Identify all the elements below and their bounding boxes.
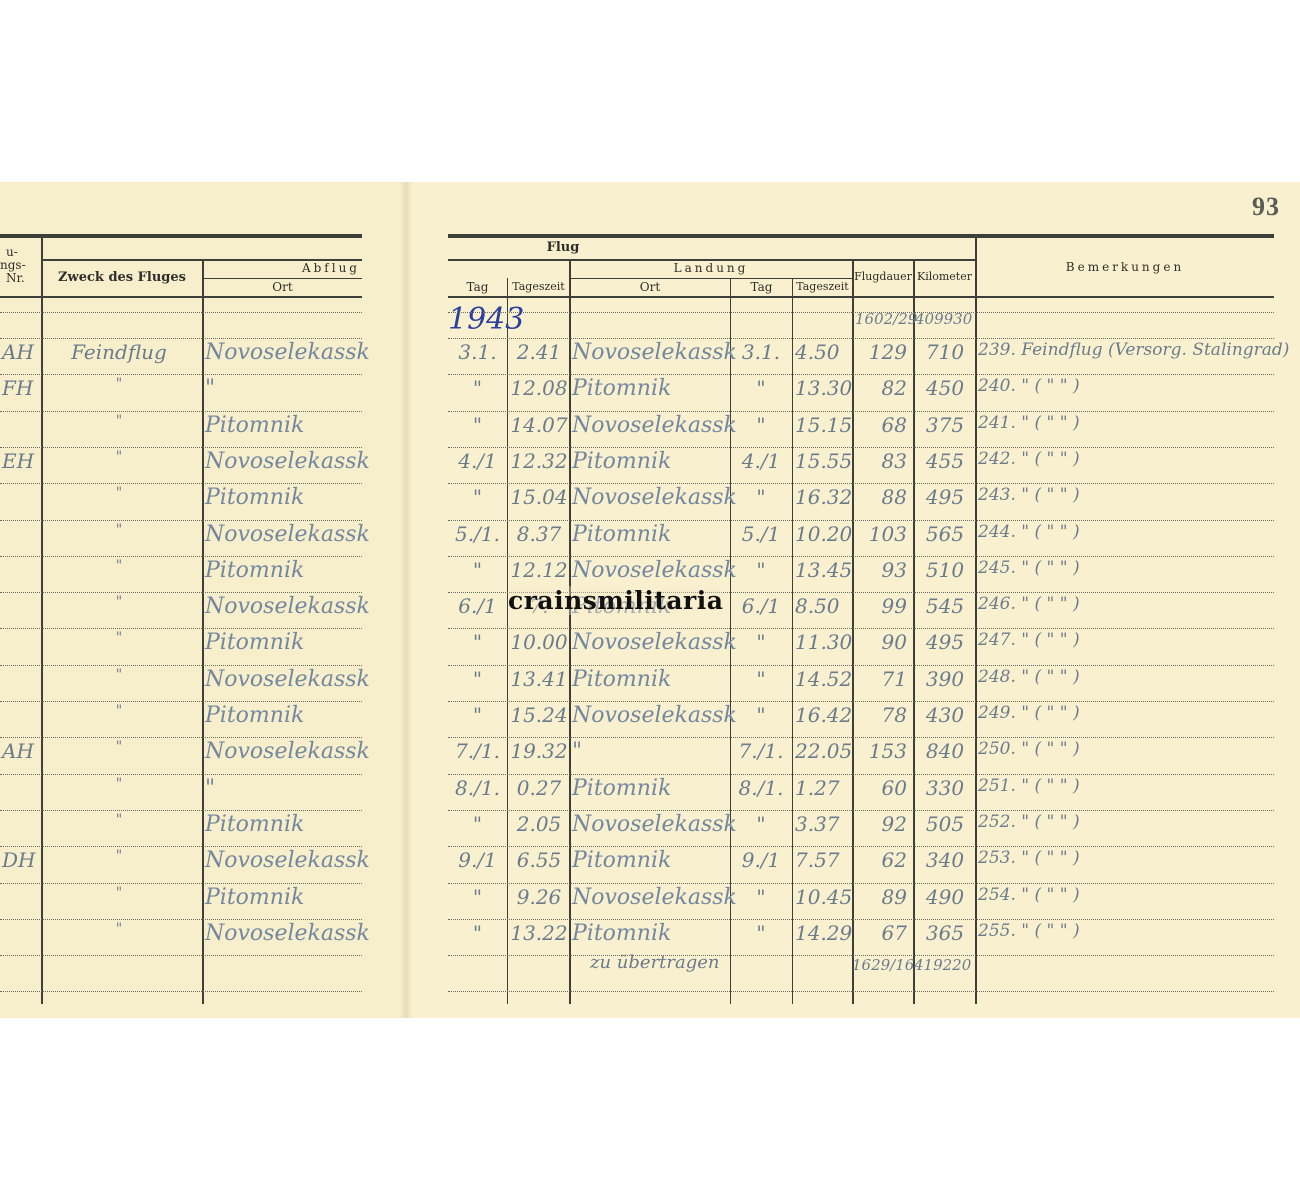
kilometer-header: Kilometer (914, 270, 975, 283)
abflug-ort-header: Ort (203, 280, 362, 294)
km-cell: 510 (916, 558, 974, 582)
dauer-cell: 92 (855, 812, 907, 836)
row-divider (0, 338, 362, 339)
bemerkung-cell: 243. " ( " " ) (978, 485, 1274, 505)
zweck-cell: " (44, 667, 194, 683)
totals-label: zu übertragen (590, 952, 720, 973)
row-divider (0, 483, 362, 484)
landung-tageszeit-header: Tageszeit (793, 280, 852, 293)
tag-cell: 8./1. (450, 776, 505, 800)
row-divider (448, 338, 1274, 339)
tag-cell: " (450, 376, 505, 400)
landung-ort-cell: Pitomnik (572, 522, 730, 547)
row-divider (0, 411, 362, 412)
abflug-ort-cell: Pitomnik (205, 413, 375, 438)
landung-ort-cell: Pitomnik (572, 449, 730, 474)
tag-cell: 5./1. (450, 522, 505, 546)
nr-cell: FH (2, 376, 40, 400)
bemerkung-cell: 253. " ( " " ) (978, 848, 1274, 868)
row-divider (0, 737, 362, 738)
landung-tag-cell: " (732, 413, 790, 437)
landung-tag-cell: 9./1 (732, 848, 790, 872)
landung-ort-cell: Novoselekassk (572, 812, 730, 837)
landung-tag-header: Tag (731, 280, 792, 294)
landung-tag-cell: 8./1. (732, 776, 790, 800)
row-divider (448, 520, 1274, 521)
row-divider (0, 991, 362, 992)
landung-ort-cell: Novoselekassk (572, 413, 730, 438)
landung-ort-cell: Novoselekassk (572, 340, 730, 365)
flug-header: Flug (448, 240, 678, 255)
landung-tag-cell: 7./1. (732, 739, 790, 763)
bemerkung-cell: 245. " ( " " ) (978, 558, 1274, 578)
landung-header: Landung (570, 261, 852, 275)
zweck-cell: " (44, 413, 194, 429)
landung-zeit-cell: 13.30 (795, 376, 851, 400)
zweck-header: Zweck des Fluges (42, 270, 202, 285)
row-divider (448, 701, 1274, 702)
landung-zeit-cell: 16.42 (795, 703, 851, 727)
col-divider (569, 259, 571, 1004)
dauer-cell: 68 (855, 413, 907, 437)
col-divider (41, 234, 43, 1004)
nr-header-line: Nr. (0, 272, 40, 285)
zweck-cell: " (44, 776, 194, 792)
abflug-ort-cell: " (205, 376, 375, 401)
dauer-cell: 78 (855, 703, 907, 727)
bemerkung-cell: 242. " ( " " ) (978, 449, 1274, 469)
landung-ort-cell: Pitomnik (572, 921, 730, 946)
km-cell: 330 (916, 776, 974, 800)
tag-cell: " (450, 485, 505, 509)
zweck-cell: Feindflug (44, 340, 194, 364)
landung-tag-cell: 5./1 (732, 522, 790, 546)
landung-zeit-cell: 22.05 (795, 739, 851, 763)
row-divider (448, 846, 1274, 847)
rule-left (203, 278, 362, 279)
abflug-ort-cell: Novoselekassk (205, 848, 375, 873)
totals-flugdauer: 1629/16 (852, 956, 914, 974)
landung-zeit-cell: 15.55 (795, 449, 851, 473)
bemerkung-cell: 254. " ( " " ) (978, 885, 1274, 905)
row-divider (0, 774, 362, 775)
zeit-cell: 13.41 (510, 667, 568, 691)
tag-cell: " (450, 558, 505, 582)
landung-tag-cell: " (732, 885, 790, 909)
landung-tag-cell: " (732, 376, 790, 400)
carry-flugdauer: 1602/29 (855, 310, 917, 328)
abflug-ort-cell: Pitomnik (205, 558, 375, 583)
landung-zeit-cell: 15.15 (795, 413, 851, 437)
landung-ort-header: Ort (570, 280, 730, 294)
bemerkung-cell: 251. " ( " " ) (978, 776, 1274, 796)
zweck-cell: " (44, 558, 194, 574)
landung-tag-cell: " (732, 558, 790, 582)
km-cell: 505 (916, 812, 974, 836)
row-divider (448, 483, 1274, 484)
row-divider (0, 374, 362, 375)
bemerkung-cell: 246. " ( " " ) (978, 594, 1274, 614)
rule-right (570, 278, 852, 279)
nr-cell: EH (2, 449, 40, 473)
tag-cell: " (450, 703, 505, 727)
landung-tag-cell: " (732, 921, 790, 945)
row-divider (448, 919, 1274, 920)
landung-tag-cell: " (732, 667, 790, 691)
row-divider (0, 883, 362, 884)
landung-tag-cell: 6./1 (732, 594, 790, 618)
abflug-header: Abflug (203, 261, 360, 275)
km-cell: 495 (916, 485, 974, 509)
tag-cell: 7./1. (450, 739, 505, 763)
year-entry: 1943 (448, 302, 524, 337)
km-cell: 365 (916, 921, 974, 945)
row-divider (0, 312, 362, 313)
col-divider (507, 278, 508, 1004)
row-divider (448, 374, 1274, 375)
zweck-cell: " (44, 522, 194, 538)
row-divider (0, 628, 362, 629)
zeit-cell: 12.32 (510, 449, 568, 473)
km-cell: 375 (916, 413, 974, 437)
row-divider (448, 774, 1274, 775)
km-cell: 430 (916, 703, 974, 727)
bemerkung-cell: 255. " ( " " ) (978, 921, 1274, 941)
zweck-cell: " (44, 739, 194, 755)
tag-cell: 4./1 (450, 449, 505, 473)
row-divider (0, 919, 362, 920)
dauer-cell: 82 (855, 376, 907, 400)
row-divider (448, 991, 1274, 992)
bemerkungen-header: Bemerkungen (976, 260, 1274, 274)
km-cell: 455 (916, 449, 974, 473)
zeit-cell: 12.12 (510, 558, 568, 582)
km-cell: 840 (916, 739, 974, 763)
row-divider (0, 810, 362, 811)
landung-zeit-cell: 8.50 (795, 594, 851, 618)
nr-header: u- ngs- Nr. (0, 246, 40, 285)
km-cell: 450 (916, 376, 974, 400)
landung-ort-cell: Pitomnik (572, 667, 730, 692)
abflug-ort-cell: " (205, 776, 375, 801)
bemerkung-cell: 240. " ( " " ) (978, 376, 1274, 396)
abflug-ort-cell: Novoselekassk (205, 739, 375, 764)
abflug-ort-cell: Pitomnik (205, 885, 375, 910)
dauer-cell: 71 (855, 667, 907, 691)
dauer-cell: 67 (855, 921, 907, 945)
landung-tag-cell: 4./1 (732, 449, 790, 473)
book-gutter (400, 182, 412, 1018)
bemerkung-cell: 249. " ( " " ) (978, 703, 1274, 723)
dauer-cell: 62 (855, 848, 907, 872)
tag-cell: " (450, 921, 505, 945)
zeit-cell: 2.05 (510, 812, 568, 836)
tag-cell: " (450, 812, 505, 836)
zeit-cell: 15.24 (510, 703, 568, 727)
row-divider (448, 411, 1274, 412)
km-cell: 390 (916, 667, 974, 691)
dauer-cell: 103 (855, 522, 907, 546)
row-divider (448, 810, 1274, 811)
bemerkung-cell: 247. " ( " " ) (978, 630, 1274, 650)
bemerkung-cell: 239. Feindflug (Versorg. Stalingrad) (978, 340, 1274, 360)
tag-cell: 3.1. (450, 340, 505, 364)
zweck-cell: " (44, 885, 194, 901)
abflug-ort-cell: Pitomnik (205, 703, 375, 728)
landung-ort-cell: Pitomnik (572, 776, 730, 801)
landung-zeit-cell: 3.37 (795, 812, 851, 836)
zeit-cell: 19.32 (510, 739, 568, 763)
abflug-ort-cell: Novoselekassk (205, 667, 375, 692)
bemerkung-cell: 241. " ( " " ) (978, 413, 1274, 433)
tag-cell: " (450, 413, 505, 437)
tag-cell: " (450, 667, 505, 691)
zeit-cell: 13.22 (510, 921, 568, 945)
row-divider (448, 312, 1274, 313)
row-divider (0, 846, 362, 847)
carry-kilometer: 409930 (915, 310, 972, 328)
km-cell: 495 (916, 630, 974, 654)
row-divider (0, 447, 362, 448)
zeit-cell: 2.41 (510, 340, 568, 364)
zweck-cell: " (44, 921, 194, 937)
abflug-ort-cell: Novoselekassk (205, 921, 375, 946)
row-divider (448, 737, 1274, 738)
zeit-cell: 9.26 (510, 885, 568, 909)
landung-zeit-cell: 10.45 (795, 885, 851, 909)
row-divider (448, 447, 1274, 448)
abflug-ort-cell: Pitomnik (205, 812, 375, 837)
row-divider (0, 955, 362, 956)
abflug-ort-cell: Pitomnik (205, 485, 375, 510)
row-divider (448, 556, 1274, 557)
zeit-cell: 8.37 (510, 522, 568, 546)
landung-ort-cell: Pitomnik (572, 376, 730, 401)
bemerkung-cell: 252. " ( " " ) (978, 812, 1274, 832)
dauer-cell: 93 (855, 558, 907, 582)
km-cell: 565 (916, 522, 974, 546)
col-divider (852, 259, 854, 1004)
zweck-cell: " (44, 376, 194, 392)
top-rule-right (448, 234, 1274, 238)
flugdauer-header: Flugdauer (853, 270, 913, 283)
dauer-cell: 88 (855, 485, 907, 509)
zweck-cell: " (44, 812, 194, 828)
abflug-tageszeit-header: Tageszeit (508, 280, 569, 293)
page-number: 93 (1252, 192, 1280, 222)
landung-zeit-cell: 10.20 (795, 522, 851, 546)
landung-zeit-cell: 11.30 (795, 630, 851, 654)
col-divider (913, 259, 915, 1004)
landung-tag-cell: " (732, 630, 790, 654)
header-bottom-right (448, 296, 1274, 298)
top-rule-left (0, 234, 362, 238)
bemerkung-cell: 248. " ( " " ) (978, 667, 1274, 687)
nr-cell: AH (2, 739, 40, 763)
zeit-cell: 10.00 (510, 630, 568, 654)
dauer-cell: 90 (855, 630, 907, 654)
nr-cell: AH (2, 340, 40, 364)
landung-tag-cell: " (732, 812, 790, 836)
abflug-ort-cell: Novoselekassk (205, 449, 375, 474)
landung-zeit-cell: 14.52 (795, 667, 851, 691)
row-divider (0, 701, 362, 702)
abflug-ort-cell: Novoselekassk (205, 522, 375, 547)
dauer-cell: 153 (855, 739, 907, 763)
abflug-tag-header: Tag (448, 280, 507, 294)
landung-zeit-cell: 16.32 (795, 485, 851, 509)
landung-zeit-cell: 4.50 (795, 340, 851, 364)
tag-cell: 9./1 (450, 848, 505, 872)
landung-tag-cell: 3.1. (732, 340, 790, 364)
dauer-cell: 60 (855, 776, 907, 800)
landung-ort-cell: Pitomnik (572, 848, 730, 873)
km-cell: 545 (916, 594, 974, 618)
zweck-cell: " (44, 703, 194, 719)
zweck-cell: " (44, 848, 194, 864)
col-divider (792, 278, 793, 1004)
zweck-cell: " (44, 449, 194, 465)
landung-tag-cell: " (732, 703, 790, 727)
zeit-cell: 12.08 (510, 376, 568, 400)
landung-ort-cell: Novoselekassk (572, 558, 730, 583)
km-cell: 490 (916, 885, 974, 909)
row-divider (0, 520, 362, 521)
dauer-cell: 83 (855, 449, 907, 473)
col-divider (975, 234, 977, 1004)
zweck-cell: " (44, 485, 194, 501)
landung-zeit-cell: 7.57 (795, 848, 851, 872)
dauer-cell: 99 (855, 594, 907, 618)
landung-ort-cell: Novoselekassk (572, 630, 730, 655)
km-cell: 340 (916, 848, 974, 872)
tag-cell: 6./1 (450, 594, 505, 618)
dauer-cell: 89 (855, 885, 907, 909)
watermark: crainsmilitaria (508, 586, 723, 615)
zweck-cell: " (44, 630, 194, 646)
header-bottom-left (0, 296, 362, 298)
tag-cell: " (450, 630, 505, 654)
tag-cell: " (450, 885, 505, 909)
row-divider (448, 628, 1274, 629)
zeit-cell: 14.07 (510, 413, 568, 437)
col-divider (202, 259, 204, 1004)
landung-zeit-cell: 14.29 (795, 921, 851, 945)
row-divider (0, 665, 362, 666)
landung-zeit-cell: 13.45 (795, 558, 851, 582)
landung-ort-cell: Novoselekassk (572, 485, 730, 510)
km-cell: 710 (916, 340, 974, 364)
row-divider (0, 592, 362, 593)
zeit-cell: 6.55 (510, 848, 568, 872)
zeit-cell: 0.27 (510, 776, 568, 800)
nr-cell: DH (2, 848, 40, 872)
landung-ort-cell: Novoselekassk (572, 703, 730, 728)
landung-ort-cell: " (572, 739, 730, 764)
totals-kilometer: 419220 (914, 956, 971, 974)
landung-zeit-cell: 1.27 (795, 776, 851, 800)
row-divider (448, 883, 1274, 884)
abflug-ort-cell: Pitomnik (205, 630, 375, 655)
bemerkung-cell: 250. " ( " " ) (978, 739, 1274, 759)
row-divider (0, 556, 362, 557)
dauer-cell: 129 (855, 340, 907, 364)
landung-tag-cell: " (732, 485, 790, 509)
abflug-ort-cell: Novoselekassk (205, 594, 375, 619)
landung-ort-cell: Novoselekassk (572, 885, 730, 910)
zweck-cell: " (44, 594, 194, 610)
bemerkung-cell: 244. " ( " " ) (978, 522, 1274, 542)
abflug-ort-cell: Novoselekassk (205, 340, 375, 365)
zeit-cell: 15.04 (510, 485, 568, 509)
row-divider (448, 665, 1274, 666)
